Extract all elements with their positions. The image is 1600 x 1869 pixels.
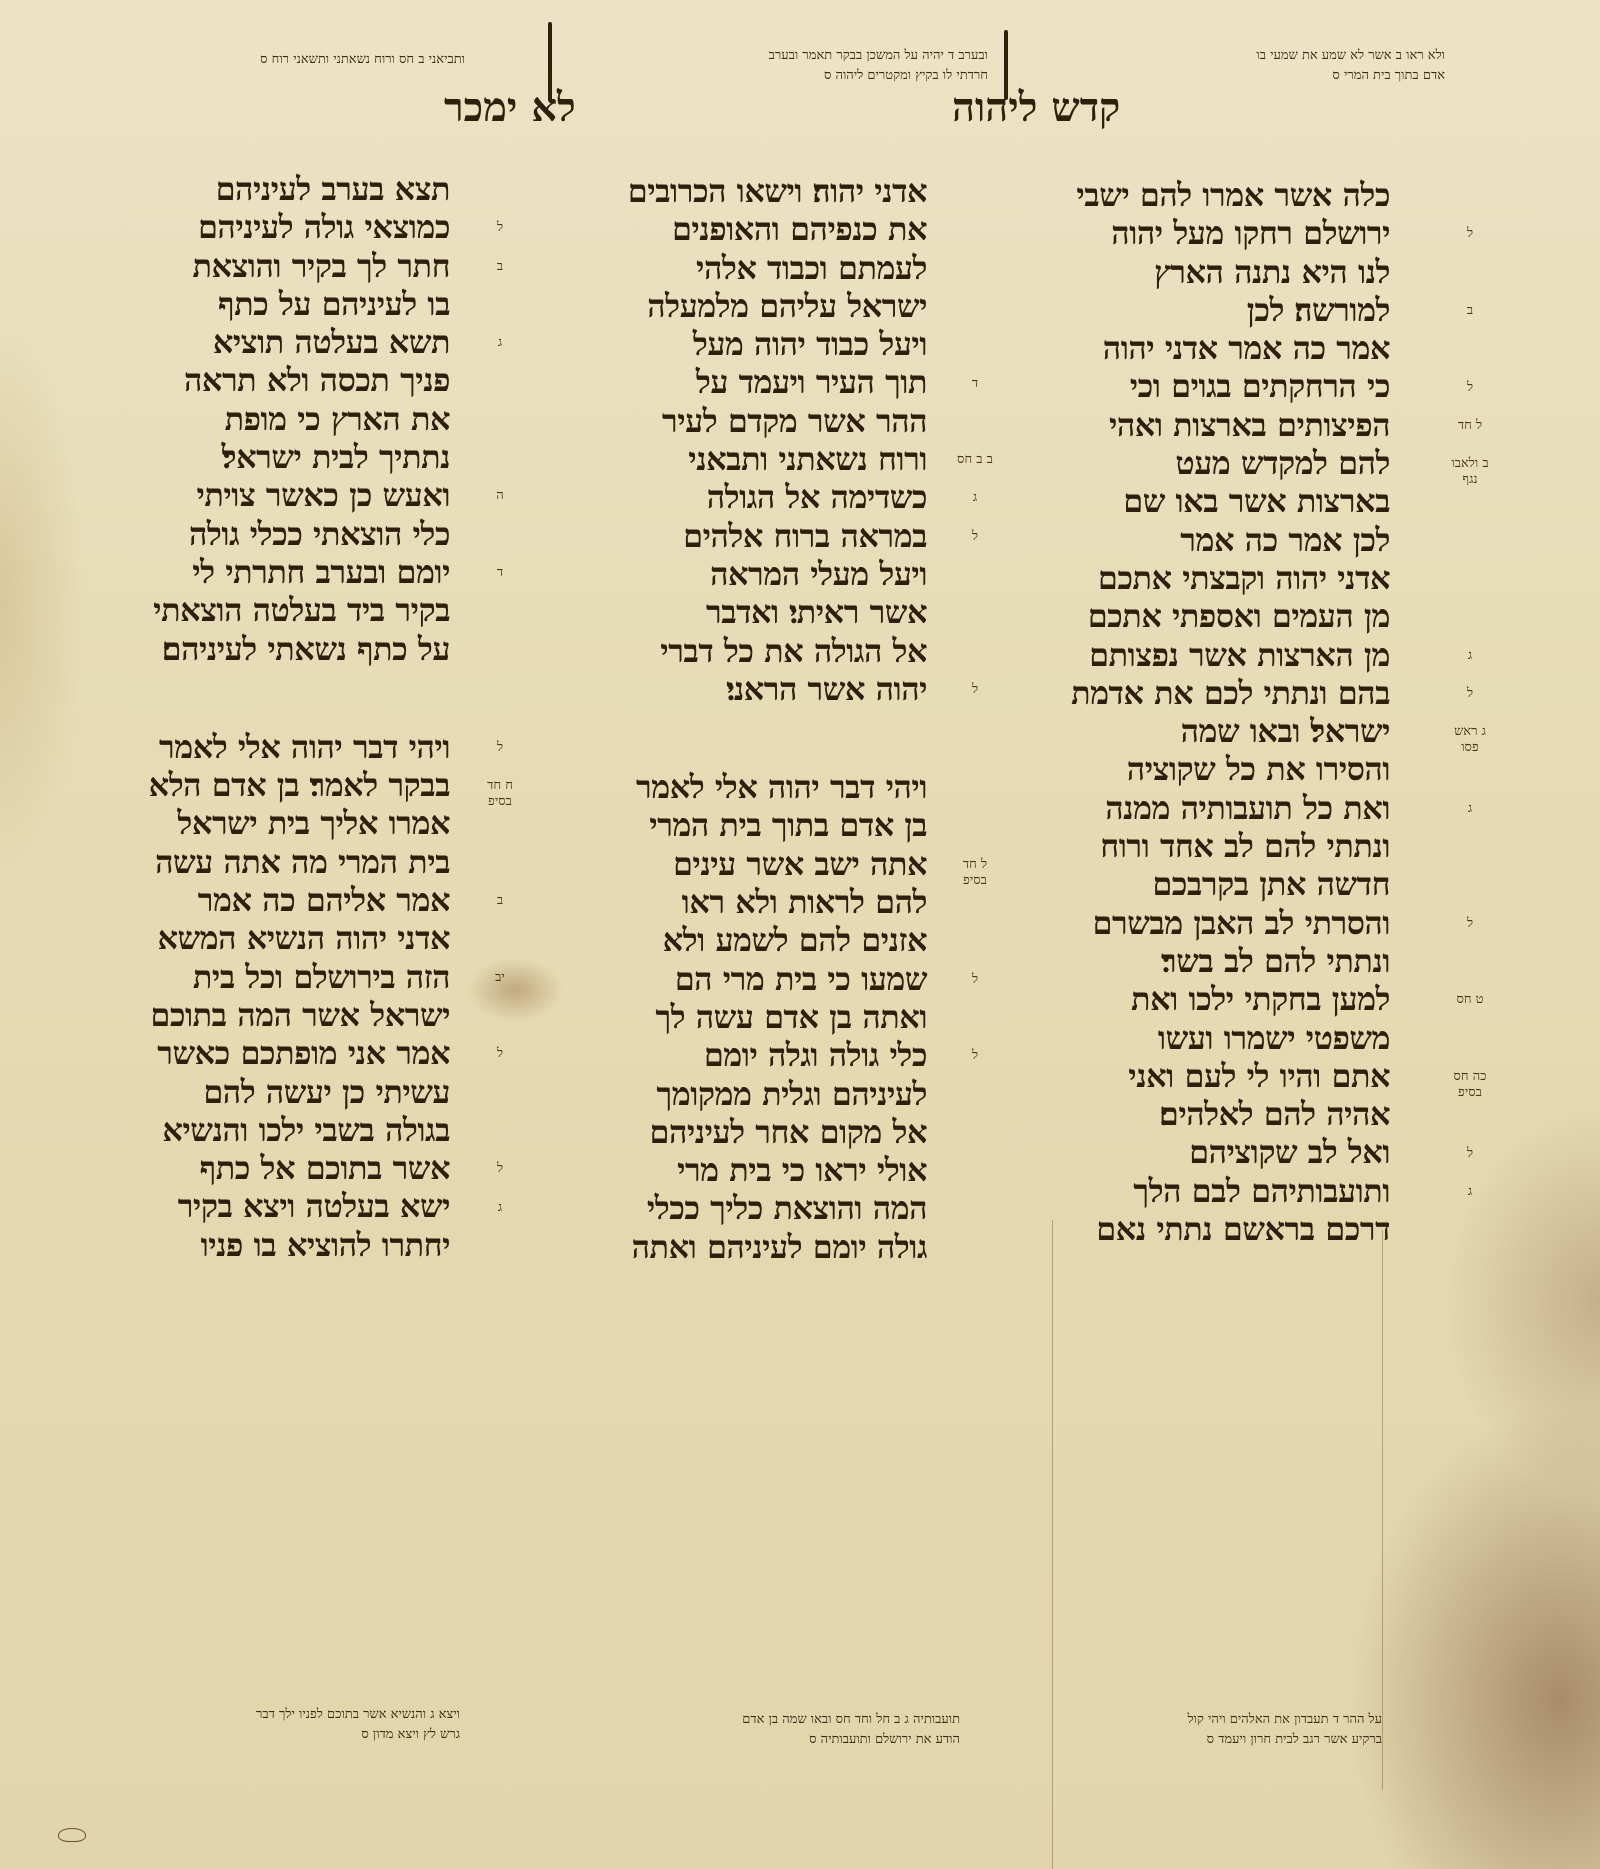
- masora-note: ב ב חס: [955, 452, 995, 468]
- text-line: את הארץ כי מופת: [90, 400, 450, 438]
- text-line: כשדימה אל הגולה: [555, 478, 927, 516]
- masora-note: ג: [480, 1200, 520, 1216]
- text-line: על כתף נשאתי לעיניהם׃: [90, 630, 450, 668]
- header-note-right: ולא ראו ב אשר לא שמע את שמעי בו אדם בתוך…: [1115, 46, 1445, 86]
- paragraph-gap: [555, 708, 927, 768]
- ink-scrawl-mark: [58, 1828, 86, 1842]
- text-line: בארצות אשר באו שם: [1050, 482, 1390, 520]
- text-line: עשיתי כן יעשה להם: [90, 1073, 450, 1111]
- masora-note: ד: [480, 565, 520, 581]
- text-line: לנו היא נתנה הארץ: [1050, 253, 1390, 291]
- masora-note: יב: [480, 970, 520, 986]
- masora-note: ב: [1450, 303, 1490, 319]
- text-line: להם לראות ולא ראו: [555, 883, 927, 921]
- text-line: ורוח נשאתני ותבאני: [555, 440, 927, 478]
- masora-note: ג: [480, 335, 520, 351]
- text-line: המה והוצאת כליך ככלי: [555, 1189, 927, 1227]
- text-line: משפטי ישמרו ועשו: [1050, 1019, 1390, 1057]
- text-line: תוך העיר ויעמד על: [555, 363, 927, 401]
- masora-note: ל: [480, 1161, 520, 1177]
- text-line: והסירו את כל שקוציה: [1050, 750, 1390, 788]
- header-note-middle: ובערב ד יהיה על המשכן בבקר תאמר ובערב חר…: [588, 46, 988, 86]
- masora-note: ל: [1450, 226, 1490, 242]
- text-line: בקיר ביד בעלטה הוצאתי: [90, 591, 450, 629]
- text-line: אתה ישב אשר עינים: [555, 845, 927, 883]
- text-line: ויעל מעלי המראה: [555, 555, 927, 593]
- text-line: ישא בעלטה ויצא בקיר: [90, 1187, 450, 1225]
- text-line: והסרתי לב האבן מבשרם: [1050, 904, 1390, 942]
- text-line: אמרו אליך בית ישראל: [90, 804, 450, 842]
- text-line: ונתתי להם לב אחד ורוח: [1050, 827, 1390, 865]
- text-line: ישראל׃ ובאו שמה: [1050, 712, 1390, 750]
- text-line: פניך תכסה ולא תראה: [90, 361, 450, 399]
- text-line: כי הרחקתים בגוים וכי: [1050, 367, 1390, 405]
- text-line: בו לעיניהם על כתף: [90, 285, 450, 323]
- text-line: ואעש כן כאשר צויתי: [90, 476, 450, 514]
- masora-note: ל: [1450, 686, 1490, 702]
- text-line: יהוה אשר הראני׃: [555, 670, 927, 708]
- text-line: אל הגולה את כל דברי: [555, 632, 927, 670]
- text-column-middle: אדני יהוה׃ וישאו הכרוביםאת כנפיהם והאופנ…: [555, 172, 927, 1266]
- masora-note: ל: [480, 1046, 520, 1062]
- masora-note: כה חס בסיפ: [1450, 1069, 1490, 1101]
- text-line: ירושלם רחקו מעל יהוה: [1050, 214, 1390, 252]
- masora-note: ג: [1450, 648, 1490, 664]
- footer-note-middle: תועבותיה ג ב חל וחד חס ובאו שמה בן אדם ה…: [590, 1710, 960, 1750]
- masora-note: ל: [1450, 380, 1490, 396]
- text-line: ואת כל תועבותיה ממנה: [1050, 789, 1390, 827]
- text-line: מן העמים ואספתי אתכם: [1050, 597, 1390, 635]
- text-line: כלי הוצאתי ככלי גולה: [90, 515, 450, 553]
- text-line: נתתיך לבית ישראל׃: [90, 438, 450, 476]
- text-line: את כנפיהם והאופנים: [555, 210, 927, 248]
- text-line: ואל לב שקוציהם: [1050, 1133, 1390, 1171]
- text-line: מן הארצות אשר נפצותם: [1050, 636, 1390, 674]
- text-line: להם למקדש מעט: [1050, 444, 1390, 482]
- masora-note: ג ראש פסו: [1450, 724, 1490, 756]
- text-line: הזה בירושלם וכל בית: [90, 958, 450, 996]
- text-line: ישראל עליהם מלמעלה: [555, 287, 927, 325]
- text-line: ויעל כבוד יהוה מעל: [555, 325, 927, 363]
- text-line: אשר ראיתי׃ ואדבר: [555, 593, 927, 631]
- text-line: חדשה אתן בקרבכם: [1050, 865, 1390, 903]
- text-line: יחתרו להוציא בו פניו: [90, 1226, 450, 1264]
- text-line: אתם והיו לי לעם ואני: [1050, 1057, 1390, 1095]
- text-line: ויהי דבר יהוה אלי לאמר: [555, 768, 927, 806]
- text-line: לעיניהם וגלית ממקומך: [555, 1075, 927, 1113]
- masora-note: ט חס: [1450, 992, 1490, 1008]
- text-line: למורשה׃ לכן: [1050, 291, 1390, 329]
- text-line: תשא בעלטה תוציא: [90, 323, 450, 361]
- text-line: כמוצאי גולה לעיניהם: [90, 208, 450, 246]
- masora-note: ל: [1450, 1146, 1490, 1162]
- text-line: ויהי דבר יהוה אלי לאמר: [90, 728, 450, 766]
- text-line: אדני יהוה הנשיא המשא: [90, 919, 450, 957]
- masora-note: ל: [955, 682, 995, 698]
- text-line: אולי יראו כי בית מרי: [555, 1151, 927, 1189]
- text-line: אמר אני מופתכם כאשר: [90, 1034, 450, 1072]
- text-line: גולה יומם לעיניהם ואתה: [555, 1228, 927, 1266]
- footer-note-right: על ההר ד תעבדון את האלהים ויהי קול ברקיע…: [1052, 1710, 1382, 1750]
- paragraph-gap: [90, 668, 450, 728]
- masora-note: ל: [480, 220, 520, 236]
- text-line: הפיצותים בארצות ואהי: [1050, 406, 1390, 444]
- masora-note: ל חד: [1450, 418, 1490, 434]
- text-line: לעמתם וכבוד אלהי: [555, 249, 927, 287]
- masora-note: ה: [480, 488, 520, 504]
- masora-note: ל: [955, 972, 995, 988]
- text-line: בגולה בשבי ילכו והנשיא: [90, 1111, 450, 1149]
- masora-note: ל: [955, 529, 995, 545]
- text-line: ואתה בן אדם עשה לך: [555, 998, 927, 1036]
- text-line: אדני יהוה וקבצתי אתכם: [1050, 559, 1390, 597]
- masora-note: ב: [480, 893, 520, 909]
- masora-note: ח חד בסיפ: [480, 778, 520, 810]
- ruling-line: [1052, 1220, 1053, 1869]
- text-line: בהם ונתתי לכם את אדמת: [1050, 674, 1390, 712]
- text-line: בן אדם בתוך בית המרי: [555, 806, 927, 844]
- text-line: חתר לך בקיר והוצאת: [90, 247, 450, 285]
- text-line: כלה אשר אמרו להם ישבי: [1050, 176, 1390, 214]
- masora-note: ב: [480, 259, 520, 275]
- text-column-right: כלה אשר אמרו להם ישביירושלם רחקו מעל יהו…: [1050, 176, 1390, 1248]
- text-line: דרכם בראשם נתתי נאם: [1050, 1210, 1390, 1248]
- text-column-left: תצא בערב לעיניהםכמוצאי גולה לעיניהםחתר ל…: [90, 170, 450, 1264]
- masora-note: ג: [955, 490, 995, 506]
- text-line: אשר בתוכם אל כתף: [90, 1149, 450, 1187]
- masora-note: ג: [1450, 1184, 1490, 1200]
- masora-note: ב ולאבו נגף: [1450, 456, 1490, 488]
- ruling-line: [1382, 1230, 1383, 1790]
- text-line: שמעו כי בית מרי הם: [555, 960, 927, 998]
- text-line: אזנים להם לשמע ולא: [555, 921, 927, 959]
- masora-note: ד: [955, 376, 995, 392]
- header-title-middle: לא ימכר: [444, 84, 576, 131]
- text-line: אדני יהוה׃ וישאו הכרובים: [555, 172, 927, 210]
- text-line: בית המרי מה אתה עשה: [90, 843, 450, 881]
- text-line: ההר אשר מקדם לעיר: [555, 402, 927, 440]
- text-line: למען בחקתי ילכו ואת: [1050, 980, 1390, 1018]
- text-line: יומם ובערב חתרתי לי: [90, 553, 450, 591]
- text-line: אהיה להם לאלהים׃: [1050, 1095, 1390, 1133]
- masora-note: ל חד בסיפ: [955, 857, 995, 889]
- text-line: תצא בערב לעיניהם: [90, 170, 450, 208]
- text-line: כלי גולה וגלה יומם: [555, 1036, 927, 1074]
- text-line: ונתתי להם לב בשר׃: [1050, 942, 1390, 980]
- masora-note: ל: [955, 1048, 995, 1064]
- footer-note-left: ויצא ג והנשיא אשר בתוכם לפניו ילך דבר גר…: [100, 1705, 460, 1745]
- text-line: אל מקום אחר לעיניהם: [555, 1113, 927, 1151]
- header-note-left: ותביאני ב חס ורוח נשאתני ותשאני רוח ס: [105, 50, 465, 70]
- masora-note: ל: [480, 740, 520, 756]
- text-line: בבקר לאמר׃ בן אדם הלא: [90, 766, 450, 804]
- text-line: ישראל אשר המה בתוכם: [90, 996, 450, 1034]
- text-line: אמר כה אמר אדני יהוה: [1050, 329, 1390, 367]
- text-line: ותועבותיהם לבם הלך: [1050, 1172, 1390, 1210]
- masora-note: ג: [1450, 801, 1490, 817]
- text-line: אמר אליהם כה אמר: [90, 881, 450, 919]
- header-title-right: קדש ליהוה: [952, 84, 1120, 131]
- text-line: לכן אמר כה אמר: [1050, 521, 1390, 559]
- text-line: במראה ברוח אלהים: [555, 517, 927, 555]
- masora-note: ל: [1450, 916, 1490, 932]
